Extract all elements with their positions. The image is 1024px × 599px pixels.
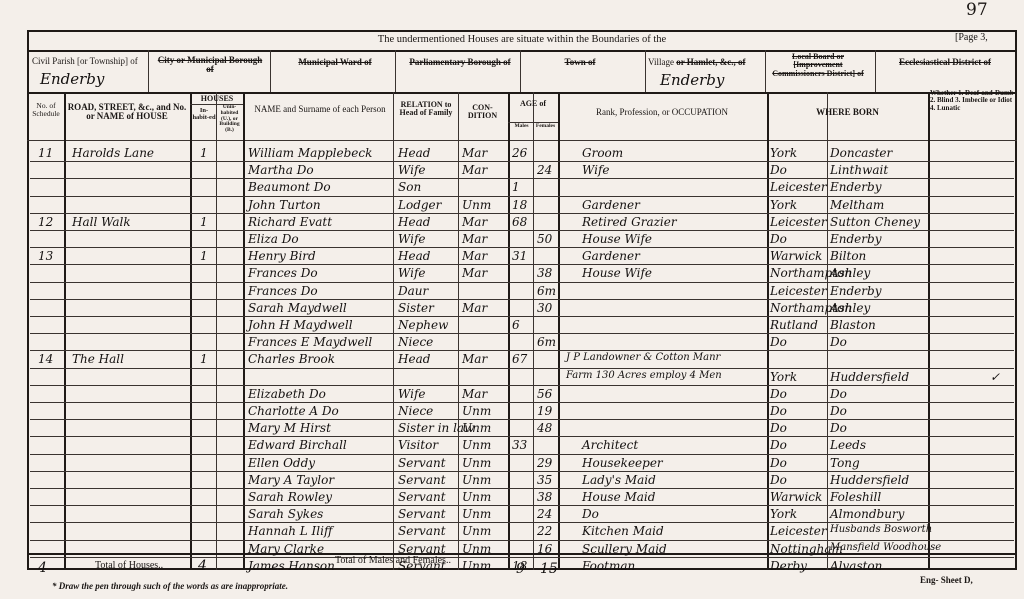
- header-uninhabited: Unin-habited (U.), or Building (B.): [217, 105, 242, 134]
- rule-line: [27, 50, 1017, 52]
- condition: Mar: [462, 215, 487, 229]
- total-females: 15: [540, 561, 558, 577]
- male-age: 68: [512, 215, 527, 229]
- table-row: Sarah SykesServantUnm24DoYorkAlmondbury: [0, 507, 1024, 524]
- occupation: Farm 130 Acres employ 4 Men: [566, 370, 722, 381]
- header-age-males: Males: [510, 124, 533, 130]
- boundary-village-kept: Village: [648, 57, 674, 67]
- person-name: Mary Clarke: [248, 542, 324, 556]
- person-name: Martha Do: [248, 163, 314, 177]
- relation: Servant: [398, 542, 446, 556]
- occupation: Wife: [582, 163, 610, 177]
- born-county: Leicester: [770, 524, 827, 538]
- born-county: Warwick: [770, 490, 822, 504]
- boundary-village-struck: or Hamlet, &c., of: [676, 57, 745, 67]
- born-place: Do: [830, 387, 847, 401]
- table-row: 131Henry BirdHeadMar31GardenerWarwickBil…: [0, 249, 1024, 266]
- form-title: The undermentioned Houses are situate wi…: [27, 34, 1017, 45]
- female-age: 38: [537, 266, 552, 280]
- condition: Mar: [462, 232, 487, 246]
- header-name: NAME and Surname of each Person: [250, 105, 390, 114]
- header-schedule: No. of Schedule: [30, 102, 62, 118]
- born-county: York: [770, 370, 797, 384]
- person-name: James Hanson: [248, 559, 335, 573]
- rule-line: [27, 140, 1017, 141]
- boundary-civil-parish-label: Civil Parish [or Township] of: [32, 57, 144, 66]
- born-place: Ashley: [830, 301, 870, 315]
- female-age: 24: [537, 163, 552, 177]
- table-row: Frances DoDaur6mLeicesterEnderby: [0, 284, 1024, 301]
- condition: Unm: [462, 473, 491, 487]
- born-place: Doncaster: [830, 146, 892, 160]
- total-houses-left: 4: [38, 560, 47, 576]
- condition: Unm: [462, 490, 491, 504]
- relation: Wife: [398, 266, 426, 280]
- person-name: John Turton: [248, 198, 321, 212]
- person-name: Frances Do: [248, 284, 318, 298]
- rule-line: [395, 50, 396, 92]
- relation: Sister: [398, 301, 434, 315]
- schedule-number: 12: [38, 215, 53, 229]
- born-county: Do: [770, 163, 787, 177]
- rule-line: [520, 50, 521, 92]
- occupation: Do: [582, 507, 599, 521]
- born-place: Sutton Cheney: [830, 215, 920, 229]
- table-row: Mary M HirstSister in lawUnm48DoDo: [0, 421, 1024, 438]
- footnote: * Draw the pen through such of the words…: [52, 582, 288, 591]
- table-row: 12Hall Walk1Richard EvattHeadMar68Retire…: [0, 215, 1024, 232]
- born-place: Almondbury: [830, 507, 904, 521]
- female-age: 24: [537, 507, 552, 521]
- condition: Mar: [462, 387, 487, 401]
- table-row: Farm 130 Acres employ 4 MenYorkHuddersfi…: [0, 370, 1024, 387]
- born-county: Do: [770, 387, 787, 401]
- born-county: York: [770, 146, 797, 160]
- male-age: 1: [512, 180, 520, 194]
- page-label: [Page 3,: [955, 33, 988, 44]
- occupation: House Wife: [582, 266, 652, 280]
- relation: Niece: [398, 335, 433, 349]
- condition: Unm: [462, 559, 491, 573]
- occupation: J P Landowner & Cotton Manr: [566, 352, 720, 363]
- boundary-parliamentary-borough: Parliamentary Borough of: [400, 58, 520, 67]
- header-age-females: Females: [534, 124, 557, 130]
- relation: Head: [398, 249, 430, 263]
- relation: Wife: [398, 163, 426, 177]
- condition: Unm: [462, 507, 491, 521]
- born-place: Huddersfield: [830, 473, 909, 487]
- born-county: Leicester: [770, 284, 827, 298]
- table-row: Martha DoWifeMar24WifeDoLinthwait: [0, 163, 1024, 180]
- born-county: Do: [770, 404, 787, 418]
- female-age: 29: [537, 456, 552, 470]
- table-row: Frances DoWifeMar38House WifeNorthampton…: [0, 266, 1024, 283]
- condition: Mar: [462, 301, 487, 315]
- schedule-number: 11: [38, 146, 53, 160]
- born-place: Leeds: [830, 438, 866, 452]
- condition: Mar: [462, 146, 487, 160]
- born-county: Do: [770, 232, 787, 246]
- inhabited-count: 1: [200, 146, 208, 160]
- condition: Mar: [462, 266, 487, 280]
- road-name: Hall Walk: [72, 215, 131, 229]
- born-place: Huddersfield: [830, 370, 909, 384]
- condition: Mar: [462, 249, 487, 263]
- table-row: Elizabeth DoWifeMar56DoDo: [0, 387, 1024, 404]
- person-name: Sarah Sykes: [248, 507, 323, 521]
- born-county: York: [770, 507, 797, 521]
- condition: Unm: [462, 524, 491, 538]
- table-row: 11Harolds Lane1William MapplebeckHeadMar…: [0, 146, 1024, 163]
- born-county: Leicester: [770, 180, 827, 194]
- female-age: 16: [537, 542, 552, 556]
- female-age: 6m: [537, 335, 556, 349]
- born-place: Enderby: [830, 284, 881, 298]
- relation: Servant: [398, 456, 446, 470]
- table-row: John H MaydwellNephew6RutlandBlaston: [0, 318, 1024, 335]
- boundary-ecclesiastical: Ecclesiastical District of: [880, 58, 1010, 67]
- rule-line: [270, 50, 271, 92]
- born-place: Mansfield Woodhouse: [830, 542, 941, 553]
- condition: Unm: [462, 404, 491, 418]
- table-row: 14The Hall1Charles BrookHeadMar67J P Lan…: [0, 352, 1024, 369]
- relation: Wife: [398, 232, 426, 246]
- born-county: Do: [770, 335, 787, 349]
- relation: Servant: [398, 473, 446, 487]
- boundary-village-label: Village or Hamlet, &c., of: [648, 58, 746, 67]
- female-age: 6m: [537, 284, 556, 298]
- born-place: Blaston: [830, 318, 876, 332]
- schedule-number: 14: [38, 352, 53, 366]
- born-county: Derby: [770, 559, 807, 573]
- relation: Niece: [398, 404, 433, 418]
- born-place: Ashley: [830, 266, 870, 280]
- rule-line: [765, 50, 766, 92]
- occupation: Lady's Maid: [582, 473, 656, 487]
- boundary-municipal-ward: Municipal Ward of: [275, 58, 395, 67]
- person-name: Charlotte A Do: [248, 404, 339, 418]
- female-age: 19: [537, 404, 552, 418]
- relation: Visitor: [398, 438, 438, 452]
- table-row: Edward BirchallVisitorUnm33ArchitectDoLe…: [0, 438, 1024, 455]
- relation: Servant: [398, 524, 446, 538]
- born-place: Enderby: [830, 232, 881, 246]
- rule-line: [875, 50, 876, 92]
- female-age: 48: [537, 421, 552, 435]
- occupation: Housekeeper: [582, 456, 663, 470]
- person-name: Beaumont Do: [248, 180, 331, 194]
- sheet-label: Eng- Sheet D,: [920, 576, 973, 585]
- relation: Head: [398, 352, 430, 366]
- person-name: Edward Birchall: [248, 438, 347, 452]
- person-name: Frances Do: [248, 266, 318, 280]
- born-place: Husbands Bosworth: [830, 524, 932, 535]
- total-males: 9: [516, 561, 525, 577]
- table-row: Sarah MaydwellSisterMar30NorthamptonAshl…: [0, 301, 1024, 318]
- occupation: Architect: [582, 438, 638, 452]
- condition: Mar: [462, 352, 487, 366]
- person-name: Hannah L Iliff: [248, 524, 332, 538]
- table-row: Charlotte A DoNieceUnm19DoDo: [0, 404, 1024, 421]
- born-place: Do: [830, 421, 847, 435]
- person-name: Mary M Hirst: [248, 421, 331, 435]
- condition: Unm: [462, 421, 491, 435]
- road-name: Harolds Lane: [72, 146, 154, 160]
- person-name: Mary A Taylor: [248, 473, 334, 487]
- table-row: Hannah L IliffServantUnm22Kitchen MaidLe…: [0, 524, 1024, 541]
- occupation: Retired Grazier: [582, 215, 677, 229]
- table-row: Beaumont DoSon1LeicesterEnderby: [0, 180, 1024, 197]
- occupation: Gardener: [582, 249, 640, 263]
- person-name: Henry Bird: [248, 249, 316, 263]
- table-row: Eliza DoWifeMar50House WifeDoEnderby: [0, 232, 1024, 249]
- total-houses-inhabited: 4: [198, 558, 207, 574]
- person-name: Eliza Do: [248, 232, 299, 246]
- relation: Son: [398, 180, 421, 194]
- inhabited-count: 1: [200, 215, 208, 229]
- header-relation: RELATION to Head of Family: [396, 101, 456, 118]
- born-county: Do: [770, 421, 787, 435]
- header-age: AGE of: [510, 100, 556, 108]
- total-houses-label: Total of Houses..: [95, 561, 163, 572]
- occupation: House Wife: [582, 232, 652, 246]
- condition: Unm: [462, 456, 491, 470]
- female-age: 56: [537, 387, 552, 401]
- header-where-born: WHERE BORN: [770, 108, 925, 117]
- female-age: 50: [537, 232, 552, 246]
- born-place: Foleshill: [830, 490, 881, 504]
- born-place: Do: [830, 335, 847, 349]
- table-row: Mary ClarkeServantUnm16Scullery MaidNott…: [0, 542, 1024, 559]
- schedule-number: 13: [38, 249, 53, 263]
- person-name: Elizabeth Do: [248, 387, 326, 401]
- occupation: Scullery Maid: [582, 542, 667, 556]
- relation: Daur: [398, 284, 428, 298]
- male-age: 6: [512, 318, 520, 332]
- female-age: 38: [537, 490, 552, 504]
- condition: Unm: [462, 438, 491, 452]
- relation: Servant: [398, 490, 446, 504]
- occupation: House Maid: [582, 490, 655, 504]
- person-name: Sarah Maydwell: [248, 301, 347, 315]
- rule-line: [645, 50, 646, 92]
- person-name: John H Maydwell: [248, 318, 353, 332]
- condition: Mar: [462, 163, 487, 177]
- born-place: Meltham: [830, 198, 884, 212]
- table-row: Ellen OddyServantUnm29HousekeeperDoTong: [0, 456, 1024, 473]
- male-age: 33: [512, 438, 527, 452]
- male-age: 26: [512, 146, 527, 160]
- header-houses: HOUSES: [192, 95, 242, 103]
- relation: Wife: [398, 387, 426, 401]
- occupation: Gardener: [582, 198, 640, 212]
- total-persons-label: Total of Males and Females..: [335, 556, 451, 567]
- inhabited-count: 1: [200, 249, 208, 263]
- condition: Unm: [462, 198, 491, 212]
- header-inhabited: In-habit-ed: [192, 108, 216, 122]
- inhabited-count: 1: [200, 352, 208, 366]
- female-age: 35: [537, 473, 552, 487]
- folio-number: 97: [966, 0, 988, 20]
- person-name: Sarah Rowley: [248, 490, 332, 504]
- table-row: Sarah RowleyServantUnm38House MaidWarwic…: [0, 490, 1024, 507]
- born-place: Alvaston: [830, 559, 882, 573]
- born-county: Do: [770, 456, 787, 470]
- born-county: Do: [770, 438, 787, 452]
- table-row: Mary A TaylorServantUnm35Lady's MaidDoHu…: [0, 473, 1024, 490]
- born-place: Enderby: [830, 180, 881, 194]
- rule-line: [148, 50, 149, 92]
- female-age: 22: [537, 524, 552, 538]
- female-age: 30: [537, 301, 552, 315]
- rule-line: [27, 92, 1017, 94]
- male-age: 31: [512, 249, 527, 263]
- occupation: Groom: [582, 146, 623, 160]
- boundary-local-board: Local Board or [Improvement Commissioner…: [768, 53, 868, 78]
- born-county: York: [770, 198, 797, 212]
- header-infirmity: Whether 1. Deaf-and-Dumb 2. Blind 3. Imb…: [930, 90, 1014, 112]
- born-place: Bilton: [830, 249, 866, 263]
- boundary-civil-parish-value: Enderby: [40, 70, 104, 88]
- born-place: Tong: [830, 456, 860, 470]
- born-county: Rutland: [770, 318, 818, 332]
- born-county: Do: [770, 473, 787, 487]
- born-place: Do: [830, 404, 847, 418]
- relation: Head: [398, 215, 430, 229]
- relation: Lodger: [398, 198, 441, 212]
- condition: Unm: [462, 542, 491, 556]
- infirmity-mark: ✓: [990, 370, 1000, 384]
- person-name: Richard Evatt: [248, 215, 332, 229]
- header-road: ROAD, STREET, &c., and No. or NAME of HO…: [66, 103, 188, 122]
- male-age: 18: [512, 198, 527, 212]
- relation: Nephew: [398, 318, 448, 332]
- boundary-town: Town of: [530, 58, 630, 67]
- header-occupation: Rank, Profession, or OCCUPATION: [562, 108, 762, 117]
- occupation: Kitchen Maid: [582, 524, 664, 538]
- table-row: John TurtonLodgerUnm18GardenerYorkMeltha…: [0, 198, 1024, 215]
- born-place: Linthwait: [830, 163, 888, 177]
- male-age: 67: [512, 352, 527, 366]
- boundary-municipal-borough: City or Municipal Borough of: [155, 56, 265, 75]
- person-name: William Mapplebeck: [248, 146, 372, 160]
- person-name: Ellen Oddy: [248, 456, 315, 470]
- occupation: Footman: [582, 559, 635, 573]
- person-name: Frances E Maydwell: [248, 335, 372, 349]
- relation: Servant: [398, 507, 446, 521]
- boundary-village-value: Enderby: [660, 71, 724, 89]
- relation: Head: [398, 146, 430, 160]
- person-name: Charles Brook: [248, 352, 335, 366]
- table-row: Frances E MaydwellNiece6mDoDo: [0, 335, 1024, 352]
- road-name: The Hall: [72, 352, 124, 366]
- header-condition: CON-DITION: [460, 104, 505, 121]
- born-county: Leicester: [770, 215, 827, 229]
- born-county: Warwick: [770, 249, 822, 263]
